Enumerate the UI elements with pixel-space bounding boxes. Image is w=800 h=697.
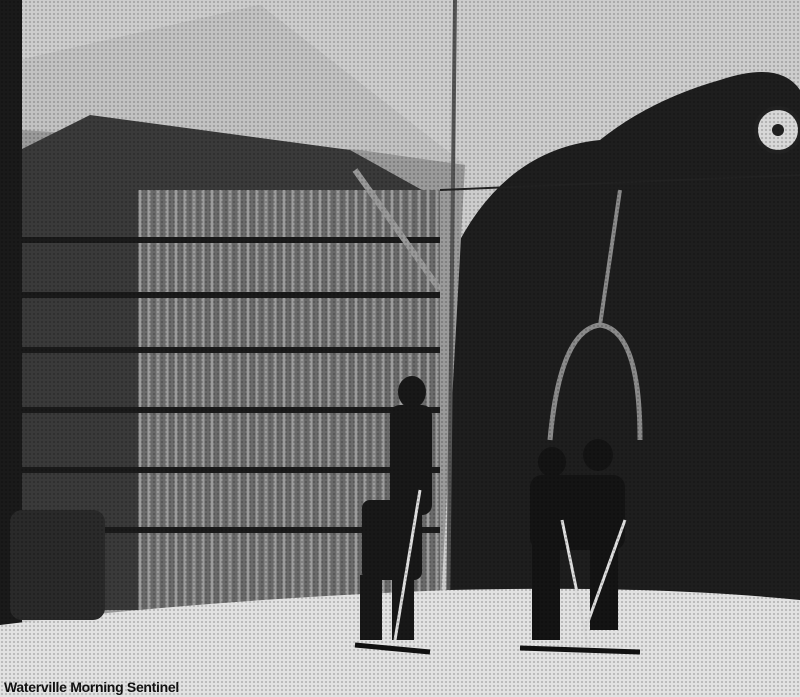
photo-credit-caption: Waterville Morning Sentinel	[4, 679, 179, 695]
car	[10, 510, 105, 620]
newspaper-photo: Waterville Morning Sentinel	[0, 0, 800, 697]
photo-scene	[0, 0, 800, 697]
